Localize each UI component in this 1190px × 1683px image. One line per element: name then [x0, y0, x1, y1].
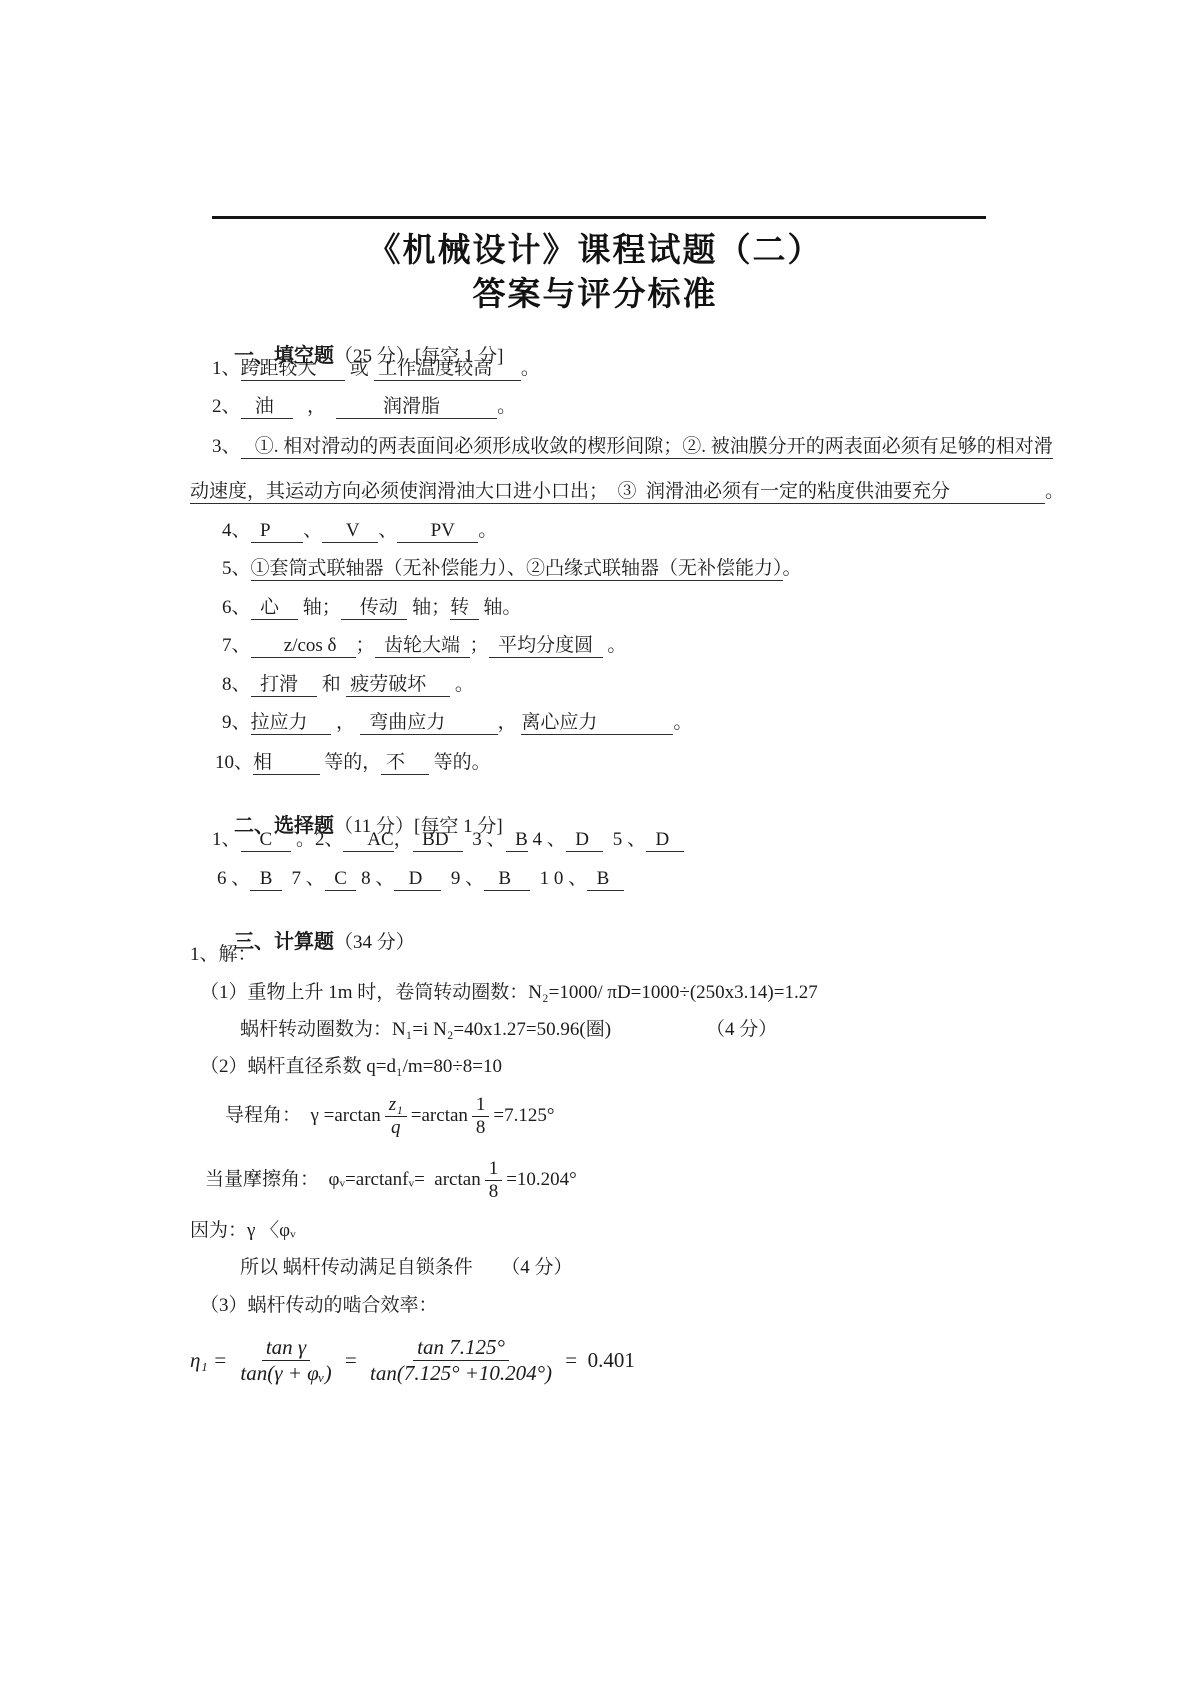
text-segment: ；: [470, 635, 489, 656]
answer-blank: 齿轮大端: [375, 635, 470, 658]
answer-blank: ①套筒式联轴器（无补偿能力）、②凸缘式联轴器（无补偿能力）: [251, 558, 783, 581]
fraction: z₁q: [385, 1094, 407, 1139]
calc-therefore: 所以 蜗杆传动满足自锁条件 （4 分）: [240, 1256, 573, 1280]
answer-blank: B: [506, 829, 528, 852]
text-segment: 3 、: [463, 829, 506, 850]
text-segment: 10、: [215, 752, 253, 773]
text-segment: 或: [345, 358, 374, 379]
calc-step1-line1: （1）重物上升 1m 时，卷筒转动圈数：N₂=1000/ πD=1000÷(25…: [200, 981, 818, 1005]
text-segment: 、: [303, 520, 322, 541]
fraction: tan 7.125°tan(7.125° +10.204°): [366, 1335, 556, 1384]
fill-q4: 4、 P 、 V 、 PV 。: [222, 519, 497, 543]
fill-q5: 5、①套筒式联轴器（无补偿能力）、②凸缘式联轴器（无补偿能力）。: [222, 557, 802, 581]
section3-heading-points: （34 分）: [334, 932, 415, 953]
text-segment: =arctan: [411, 1104, 468, 1128]
text-segment: 。: [783, 558, 802, 579]
fill-q3-line2: 动速度，其运动方向必须使润滑油大口进小口出； ③ 润滑油必须有一定的粘度供油要充…: [190, 480, 1064, 504]
doc-title-line1: 《机械设计》课程试题（二）: [0, 224, 1190, 271]
text-segment: 1 0 、: [530, 868, 587, 889]
text-segment: 。: [1045, 481, 1064, 502]
text-segment: 、: [378, 520, 397, 541]
text-segment: 7 、: [282, 868, 325, 889]
answer-blank: 弯曲应力: [360, 712, 498, 735]
text-segment: 3、: [212, 436, 241, 457]
answer-blank: z/cos δ: [251, 635, 356, 658]
answer-blank: 转: [450, 597, 479, 620]
text-segment: 6、: [222, 597, 251, 618]
text-segment: 1、: [212, 358, 241, 379]
answer-blank: 工作温度较高: [374, 358, 521, 381]
text-segment: ，: [394, 829, 413, 850]
fill-q9: 9、拉应力 ， 弯曲应力 ， 离心应力 。: [222, 711, 692, 735]
text-segment: 等的，: [320, 752, 382, 773]
fill-q1: 1、跨距较大 或 工作温度较高 。: [212, 357, 540, 381]
text-segment: 和: [317, 674, 346, 695]
answer-blank: 传动: [341, 597, 408, 620]
text-segment: 7、: [222, 635, 251, 656]
calc-because: 因为：γ 〈φᵥ: [190, 1219, 296, 1243]
answer-blank: ①. 相对滑动的两表面间必须形成收敛的楔形间隙；②. 被油膜分开的两表面必须有足…: [241, 436, 1053, 459]
text-segment: 。: [450, 674, 474, 695]
fraction: 18: [472, 1094, 490, 1139]
text-segment: 8、: [222, 674, 251, 695]
answer-blank: B: [587, 868, 623, 891]
fill-q2: 2、 油 ， 润滑脂 。: [212, 395, 516, 419]
text-segment: 5 、: [603, 829, 646, 850]
text-segment: ，: [498, 712, 522, 733]
fill-q6: 6、 心 轴； 传动 轴；转 轴。: [222, 596, 521, 620]
text-segment: 。: [673, 712, 692, 733]
answer-blank: 相: [253, 752, 320, 775]
text-segment: 。2、: [291, 829, 343, 850]
answer-blank: 动速度，其运动方向必须使润滑油大口进小口出； ③ 润滑油必须有一定的粘度供油要充…: [190, 481, 1045, 504]
text-segment: 轴；: [298, 597, 341, 618]
answer-blank: 拉应力: [251, 712, 332, 735]
answer-blank: V: [322, 520, 378, 543]
text-segment: =7.125°: [493, 1104, 554, 1128]
text-segment: 轴；: [407, 597, 450, 618]
fill-q10: 10、相 等的， 不 等的。: [215, 751, 491, 775]
text-segment: = 0.401: [560, 1347, 635, 1373]
efficiency-formula: η₁ = tan γtan(γ + φᵥ) = tan 7.125°tan(7.…: [190, 1328, 635, 1392]
calc-step1-line2: 蜗杆转动圈数为：N₁=i N₂=40x1.27=50.96(圈) （4 分）: [240, 1018, 777, 1042]
text-segment: 1、: [212, 829, 241, 850]
text-segment: 8 、: [356, 868, 394, 889]
friction-angle-formula: 当量摩擦角： φᵥ=arctanfᵥ= arctan18=10.204°: [205, 1152, 577, 1208]
answer-blank: B: [250, 868, 282, 891]
text-segment: 。: [478, 520, 497, 541]
doc-title-line2: 答案与评分标准: [0, 268, 1190, 315]
text-segment: 2、: [212, 396, 241, 417]
answer-blank: 心: [251, 597, 299, 620]
text-segment: 轴。: [479, 597, 522, 618]
text-segment: 9、: [222, 712, 251, 733]
section1-heading: 一、填空题（25 分）[每空 1 分]: [215, 319, 503, 392]
header-rule: [212, 216, 986, 219]
text-segment: ，: [331, 712, 360, 733]
answer-blank: P: [251, 520, 304, 543]
answer-blank: 不: [381, 752, 429, 775]
answer-blank: D: [394, 868, 441, 891]
answer-blank: 离心应力: [521, 712, 673, 735]
answer-blank: AC: [343, 829, 393, 852]
answer-blank: C: [325, 868, 357, 891]
choice-row1: 1、 C 。2、 AC， BD 3 、 B 4 、 D 5 、 D: [212, 828, 684, 852]
answer-blank: D: [646, 829, 683, 852]
text-segment: 4、: [222, 520, 251, 541]
text-segment: ，: [293, 396, 336, 417]
calc-solve-label: 1、解：: [190, 943, 257, 967]
text-segment: 。: [521, 358, 540, 379]
text-segment: =: [340, 1347, 362, 1373]
text-segment: 5、: [222, 558, 251, 579]
text-segment: ；: [356, 635, 375, 656]
answer-blank: 跨距较大: [241, 358, 346, 381]
section3-heading: 三、计算题（34 分）: [215, 905, 415, 978]
answer-blank: BD: [413, 829, 463, 852]
exam-answer-sheet: 《机械设计》课程试题（二） 答案与评分标准 一、填空题（25 分）[每空 1 分…: [0, 0, 1190, 1683]
fill-q3-line1: 3、 ①. 相对滑动的两表面间必须形成收敛的楔形间隙；②. 被油膜分开的两表面必…: [212, 435, 1053, 459]
answer-blank: 油: [241, 396, 293, 419]
fill-q7: 7、 z/cos δ ； 齿轮大端 ； 平均分度圆 。: [222, 634, 626, 658]
text-segment: 4 、: [528, 829, 566, 850]
calc-step2: （2）蜗杆直径系数 q=d₁/m=80÷8=10: [200, 1055, 502, 1079]
text-segment: 等的。: [429, 752, 491, 773]
fill-q8: 8、 打滑 和 疲劳破坏 。: [222, 673, 474, 697]
answer-blank: C: [241, 829, 292, 852]
text-segment: 6 、: [217, 868, 250, 889]
answer-blank: PV: [397, 520, 478, 543]
answer-blank: D: [566, 829, 603, 852]
text-segment: η₁ =: [190, 1347, 232, 1373]
choice-row2: 6 、 B 7 、 C 8 、 D 9 、 B 1 0 、 B: [217, 867, 624, 891]
text-segment: 。: [497, 396, 516, 417]
fraction: tan γtan(γ + φᵥ): [236, 1335, 335, 1384]
fraction: 18: [485, 1158, 503, 1203]
text-segment: =10.204°: [506, 1168, 577, 1192]
answer-blank: 润滑脂: [336, 396, 498, 419]
text-segment: 。: [603, 635, 627, 656]
answer-blank: 打滑: [251, 674, 318, 697]
answer-blank: 平均分度圆: [489, 635, 603, 658]
text-segment: 当量摩擦角： φᵥ=arctanfᵥ= arctan: [205, 1168, 481, 1192]
text-segment: 导程角： γ =arctan: [225, 1104, 381, 1128]
text-segment: 9 、: [441, 868, 484, 889]
lead-angle-formula: 导程角： γ =arctanz₁q=arctan18=7.125°: [225, 1088, 554, 1144]
answer-blank: B: [484, 868, 530, 891]
answer-blank: 疲劳破坏: [346, 674, 451, 697]
calc-step3: （3）蜗杆传动的啮合效率：: [200, 1294, 438, 1318]
